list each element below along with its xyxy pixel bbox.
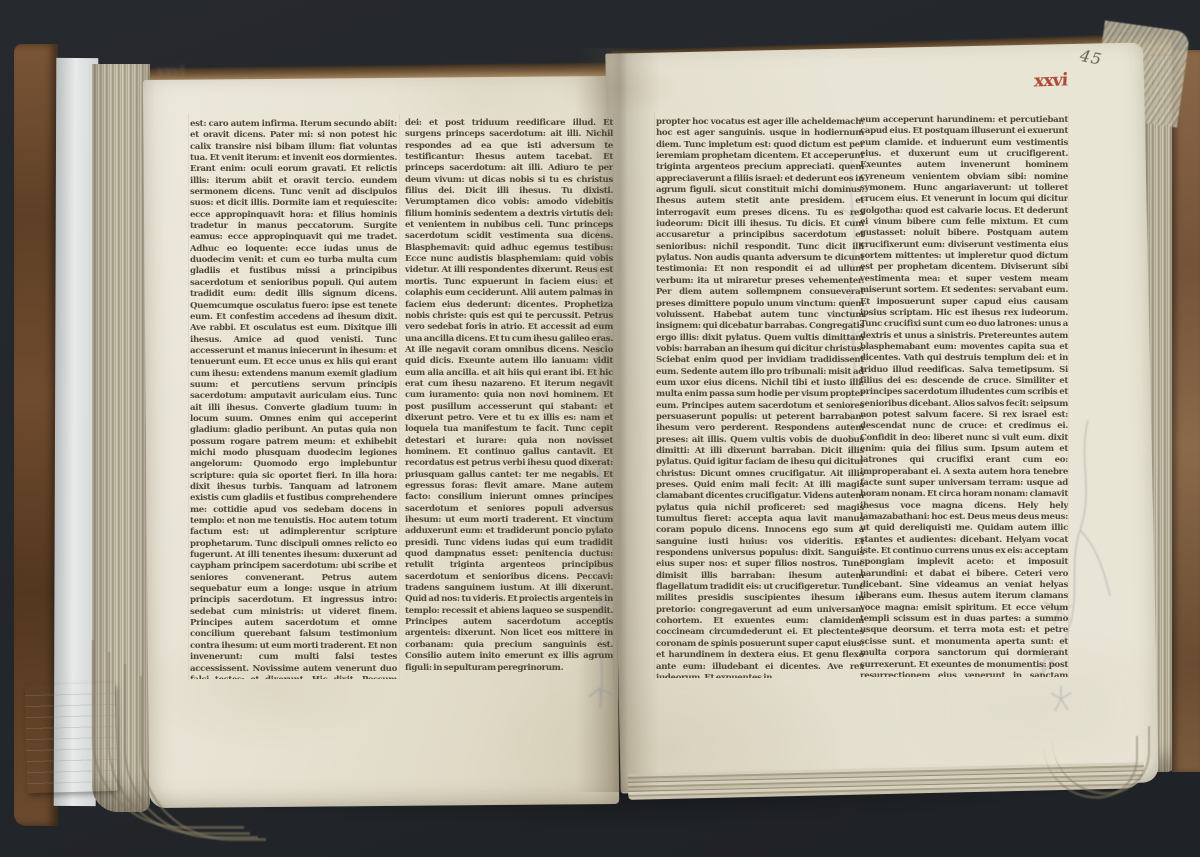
paper-slip <box>25 683 118 793</box>
ruling-line <box>654 112 655 678</box>
ruling-line <box>399 114 400 680</box>
text-column-recto-b: eum acceperunt harundinem: et percutieba… <box>860 115 1068 677</box>
right-cover-leather <box>1172 50 1200 772</box>
text-column-verso-a: est: caro autem infirma. Iterum secundo … <box>190 119 397 679</box>
ruling-line <box>1068 112 1069 678</box>
ruling-line <box>188 114 189 680</box>
manuscript-photo: est: caro autem infirma. Iterum secundo … <box>0 0 1200 857</box>
chapter-numeral-rubric: xxvi <box>1033 69 1067 91</box>
chapter-numeral-ghost: xxvi <box>156 62 184 80</box>
ruling-line <box>613 114 614 680</box>
text-column-verso-b: dei: et post triduum reedificare illud. … <box>405 118 613 679</box>
text-column-recto-a: propter hoc vocatus est ager ille acheld… <box>656 117 864 678</box>
